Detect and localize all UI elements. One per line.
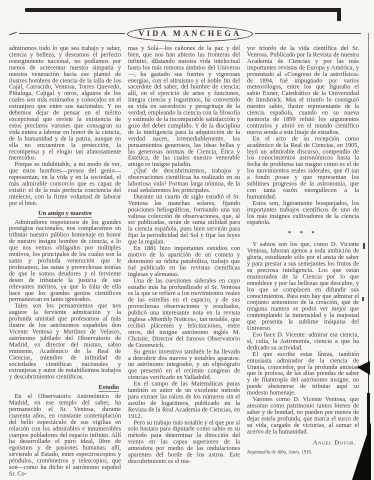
column-1: admiramos todo lo que sea trabajo y sabe… bbox=[9, 45, 121, 478]
masthead-rule-right bbox=[255, 33, 361, 34]
magazine-title-cartouche: VIDA MANCHEGA bbox=[127, 26, 254, 42]
scan-artifact-top-bar-stub bbox=[337, 8, 341, 21]
paragraph: Su genio inventivo también le ha llevado… bbox=[128, 348, 240, 380]
paragraph: Durante un cuarto de siglo estudió el Sr… bbox=[128, 193, 240, 245]
author-signature: Angel Dotor. bbox=[247, 440, 356, 446]
column-3: yor triunfo de la vida científica del Sr… bbox=[247, 45, 359, 478]
article-body: admiramos todo lo que sea trabajo y sabe… bbox=[9, 45, 359, 478]
paragraph: yor triunfo de la vida científica del Sr… bbox=[247, 45, 359, 135]
paragraph: Porque es indubitable, a mi modo de ver,… bbox=[9, 161, 121, 206]
masthead-rule-left bbox=[19, 33, 125, 34]
magazine-title: VIDA MANCHEGA bbox=[139, 29, 242, 38]
paragraph: ¿Qué de descubrimientos, trabajos y obse… bbox=[128, 168, 240, 194]
section-heading-text: Estudio bbox=[99, 384, 120, 392]
paragraph: Una de las cuestiones siderales en cuyo … bbox=[128, 277, 240, 348]
paragraph: admiramos todo lo que sea trabajo y sabe… bbox=[9, 45, 121, 161]
masthead-left-tick bbox=[9, 32, 17, 35]
section-heading: Estudio bbox=[9, 384, 119, 390]
scan-artifact-top-bar bbox=[25, 8, 339, 12]
paragraph: Tales son los pensamientos que nos sugie… bbox=[9, 303, 121, 380]
paragraph: En 1881 hizo importantes estudios con mo… bbox=[128, 245, 240, 277]
scanned-magazine-page: VIDA MANCHEGA admiramos todo lo que sea … bbox=[0, 0, 374, 480]
section-separator: * * * bbox=[247, 230, 359, 236]
column-2: mas y Solá—los cañones de la paz y del b… bbox=[128, 45, 240, 478]
masthead: VIDA MANCHEGA bbox=[9, 26, 361, 41]
paragraph: mas y Solá—los cañones de la paz y del b… bbox=[128, 45, 240, 168]
paragraph: En el acto de su recepción como académic… bbox=[247, 135, 359, 200]
paragraph: Estos son, ligeramente bosquejados, los … bbox=[247, 200, 359, 226]
section-heading: Un amigo y maestro bbox=[9, 210, 121, 216]
scan-artifact-speck bbox=[363, 243, 365, 249]
paragraph: Y sabios son los que, como D. Vicente Ve… bbox=[247, 241, 359, 331]
paragraph: En el campo de las Matemáticas puras tam… bbox=[128, 381, 240, 420]
paragraph: El que escribe estas líneas, también ent… bbox=[247, 351, 359, 396]
paragraph: Admiradores respetuosos de los grandes p… bbox=[9, 219, 121, 303]
article-columns: admiramos todo lo que sea trabajo y sabe… bbox=[9, 45, 359, 478]
paragraph: Eso hace D. Vicente: admirar esa ciencia… bbox=[247, 331, 359, 350]
dateline: Argamasilla de Alba, Junio, 1916. bbox=[247, 450, 359, 456]
paragraph: En el Observatorio Astronómico de Madrid… bbox=[9, 393, 121, 477]
paragraph: Varones como D. Vicente Ventosa, que ate… bbox=[247, 396, 359, 435]
scan-artifact-speck bbox=[362, 297, 364, 301]
section-heading-text: Un amigo y maestro bbox=[38, 209, 92, 217]
paragraph: Pero su trabajo más notable y el que por… bbox=[128, 419, 240, 464]
